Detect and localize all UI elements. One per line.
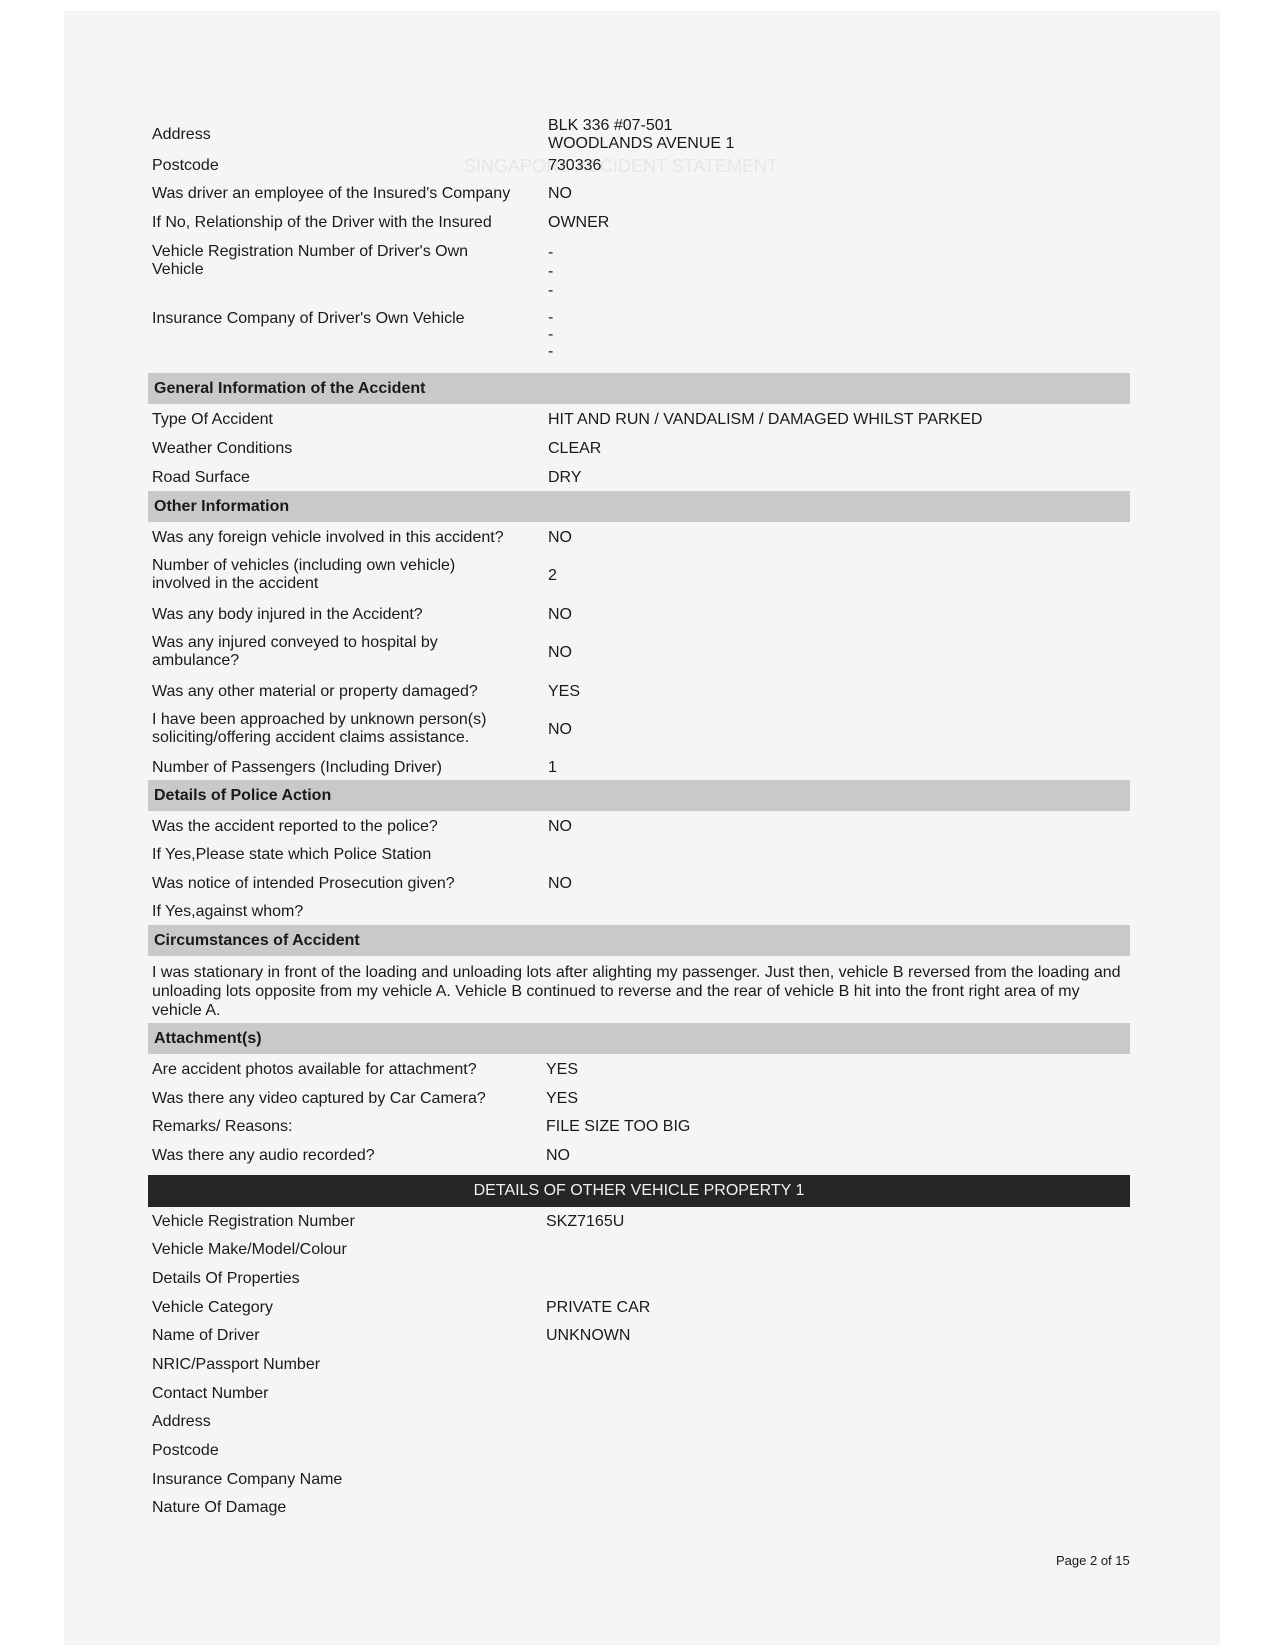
field-value: HIT AND RUN / VANDALISM / DAMAGED WHILST…	[548, 411, 982, 429]
address-line-2: WOODLANDS AVENUE 1	[548, 135, 734, 153]
field-label: Are accident photos available for attach…	[152, 1061, 542, 1079]
field-label: If No, Relationship of the Driver with t…	[152, 214, 542, 232]
page-number: Page 2 of 15	[1056, 1553, 1130, 1568]
dash: -	[548, 243, 553, 262]
field-label: Vehicle Registration Number of Driver's …	[152, 243, 492, 279]
section-title: Details of Police Action	[148, 787, 331, 804]
field-label: If Yes,against whom?	[152, 903, 542, 921]
field-value: YES	[546, 1090, 578, 1108]
field-label: Remarks/ Reasons:	[152, 1118, 542, 1136]
field-value: 1	[548, 759, 557, 777]
section-header-circumstances: Circumstances of Accident	[148, 925, 1130, 956]
field-value: NO	[548, 721, 572, 739]
field-value: NO	[548, 818, 572, 836]
field-label: Details Of Properties	[152, 1270, 542, 1288]
field-label: Name of Driver	[152, 1327, 542, 1345]
section-title: Other Information	[148, 498, 289, 515]
field-label: Type Of Accident	[152, 411, 542, 429]
field-label: NRIC/Passport Number	[152, 1356, 542, 1374]
field-label: Was there any audio recorded?	[152, 1147, 542, 1165]
field-value: UNKNOWN	[546, 1327, 630, 1345]
field-label: Was driver an employee of the Insured's …	[152, 185, 552, 203]
field-value: 730336	[548, 157, 601, 175]
circumstances-text: I was stationary in front of the loading…	[152, 963, 1122, 1020]
field-value: CLEAR	[548, 440, 601, 458]
section-header-other-vehicle: DETAILS OF OTHER VEHICLE PROPERTY 1	[148, 1175, 1130, 1207]
field-label: Weather Conditions	[152, 440, 542, 458]
field-label: Road Surface	[152, 469, 542, 487]
field-value: SKZ7165U	[546, 1213, 624, 1231]
field-label: If Yes,Please state which Police Station	[152, 846, 542, 864]
field-value: NO	[548, 644, 572, 662]
field-value: YES	[546, 1061, 578, 1079]
section-title: General Information of the Accident	[148, 380, 425, 397]
field-value: - - -	[548, 243, 553, 300]
field-label: Vehicle Category	[152, 1299, 542, 1317]
field-value: NO	[548, 606, 572, 624]
section-header-general: General Information of the Accident	[148, 373, 1130, 404]
dash: -	[548, 343, 553, 360]
field-label: Contact Number	[152, 1385, 542, 1403]
field-value: NO	[546, 1147, 570, 1165]
field-value: - - -	[548, 309, 553, 360]
section-title: Attachment(s)	[148, 1030, 262, 1047]
dash: -	[548, 281, 553, 300]
field-value: PRIVATE CAR	[546, 1299, 650, 1317]
field-label: Was any body injured in the Accident?	[152, 606, 542, 624]
field-value: NO	[548, 875, 572, 893]
section-header-attachments: Attachment(s)	[148, 1023, 1130, 1054]
field-value: FILE SIZE TOO BIG	[546, 1118, 690, 1136]
dash: -	[548, 262, 553, 281]
field-value: DRY	[548, 469, 582, 487]
dash: -	[548, 309, 553, 326]
field-label: Was there any video captured by Car Came…	[152, 1090, 542, 1108]
field-label: Was notice of intended Prosecution given…	[152, 875, 542, 893]
field-label: Was the accident reported to the police?	[152, 818, 542, 836]
dash: -	[548, 326, 553, 343]
section-title: Circumstances of Accident	[148, 932, 360, 949]
address-line-1: BLK 336 #07-501	[548, 117, 734, 135]
field-label: Was any foreign vehicle involved in this…	[152, 529, 552, 547]
field-label: Postcode	[152, 157, 542, 175]
field-value: BLK 336 #07-501 WOODLANDS AVENUE 1	[548, 117, 734, 153]
field-label: Insurance Company of Driver's Own Vehicl…	[152, 310, 542, 328]
field-label: Number of vehicles (including own vehicl…	[152, 557, 492, 593]
field-label: Nature Of Damage	[152, 1499, 542, 1517]
section-header-police: Details of Police Action	[148, 780, 1130, 811]
field-value: OWNER	[548, 214, 609, 232]
field-label: Was any injured conveyed to hospital by …	[152, 634, 472, 670]
field-label: Vehicle Registration Number	[152, 1213, 542, 1231]
field-label: Postcode	[152, 1442, 542, 1460]
field-value: YES	[548, 683, 580, 701]
field-label: Was any other material or property damag…	[152, 683, 542, 701]
field-value: 2	[548, 567, 557, 585]
field-label: Address	[152, 126, 542, 144]
field-label: Number of Passengers (Including Driver)	[152, 759, 542, 777]
section-header-other: Other Information	[148, 491, 1130, 522]
field-value: NO	[548, 529, 572, 547]
field-label: Address	[152, 1413, 542, 1431]
field-label: I have been approached by unknown person…	[152, 711, 512, 747]
field-label: Vehicle Make/Model/Colour	[152, 1241, 542, 1259]
field-value: NO	[548, 185, 572, 203]
field-label: Insurance Company Name	[152, 1471, 542, 1489]
